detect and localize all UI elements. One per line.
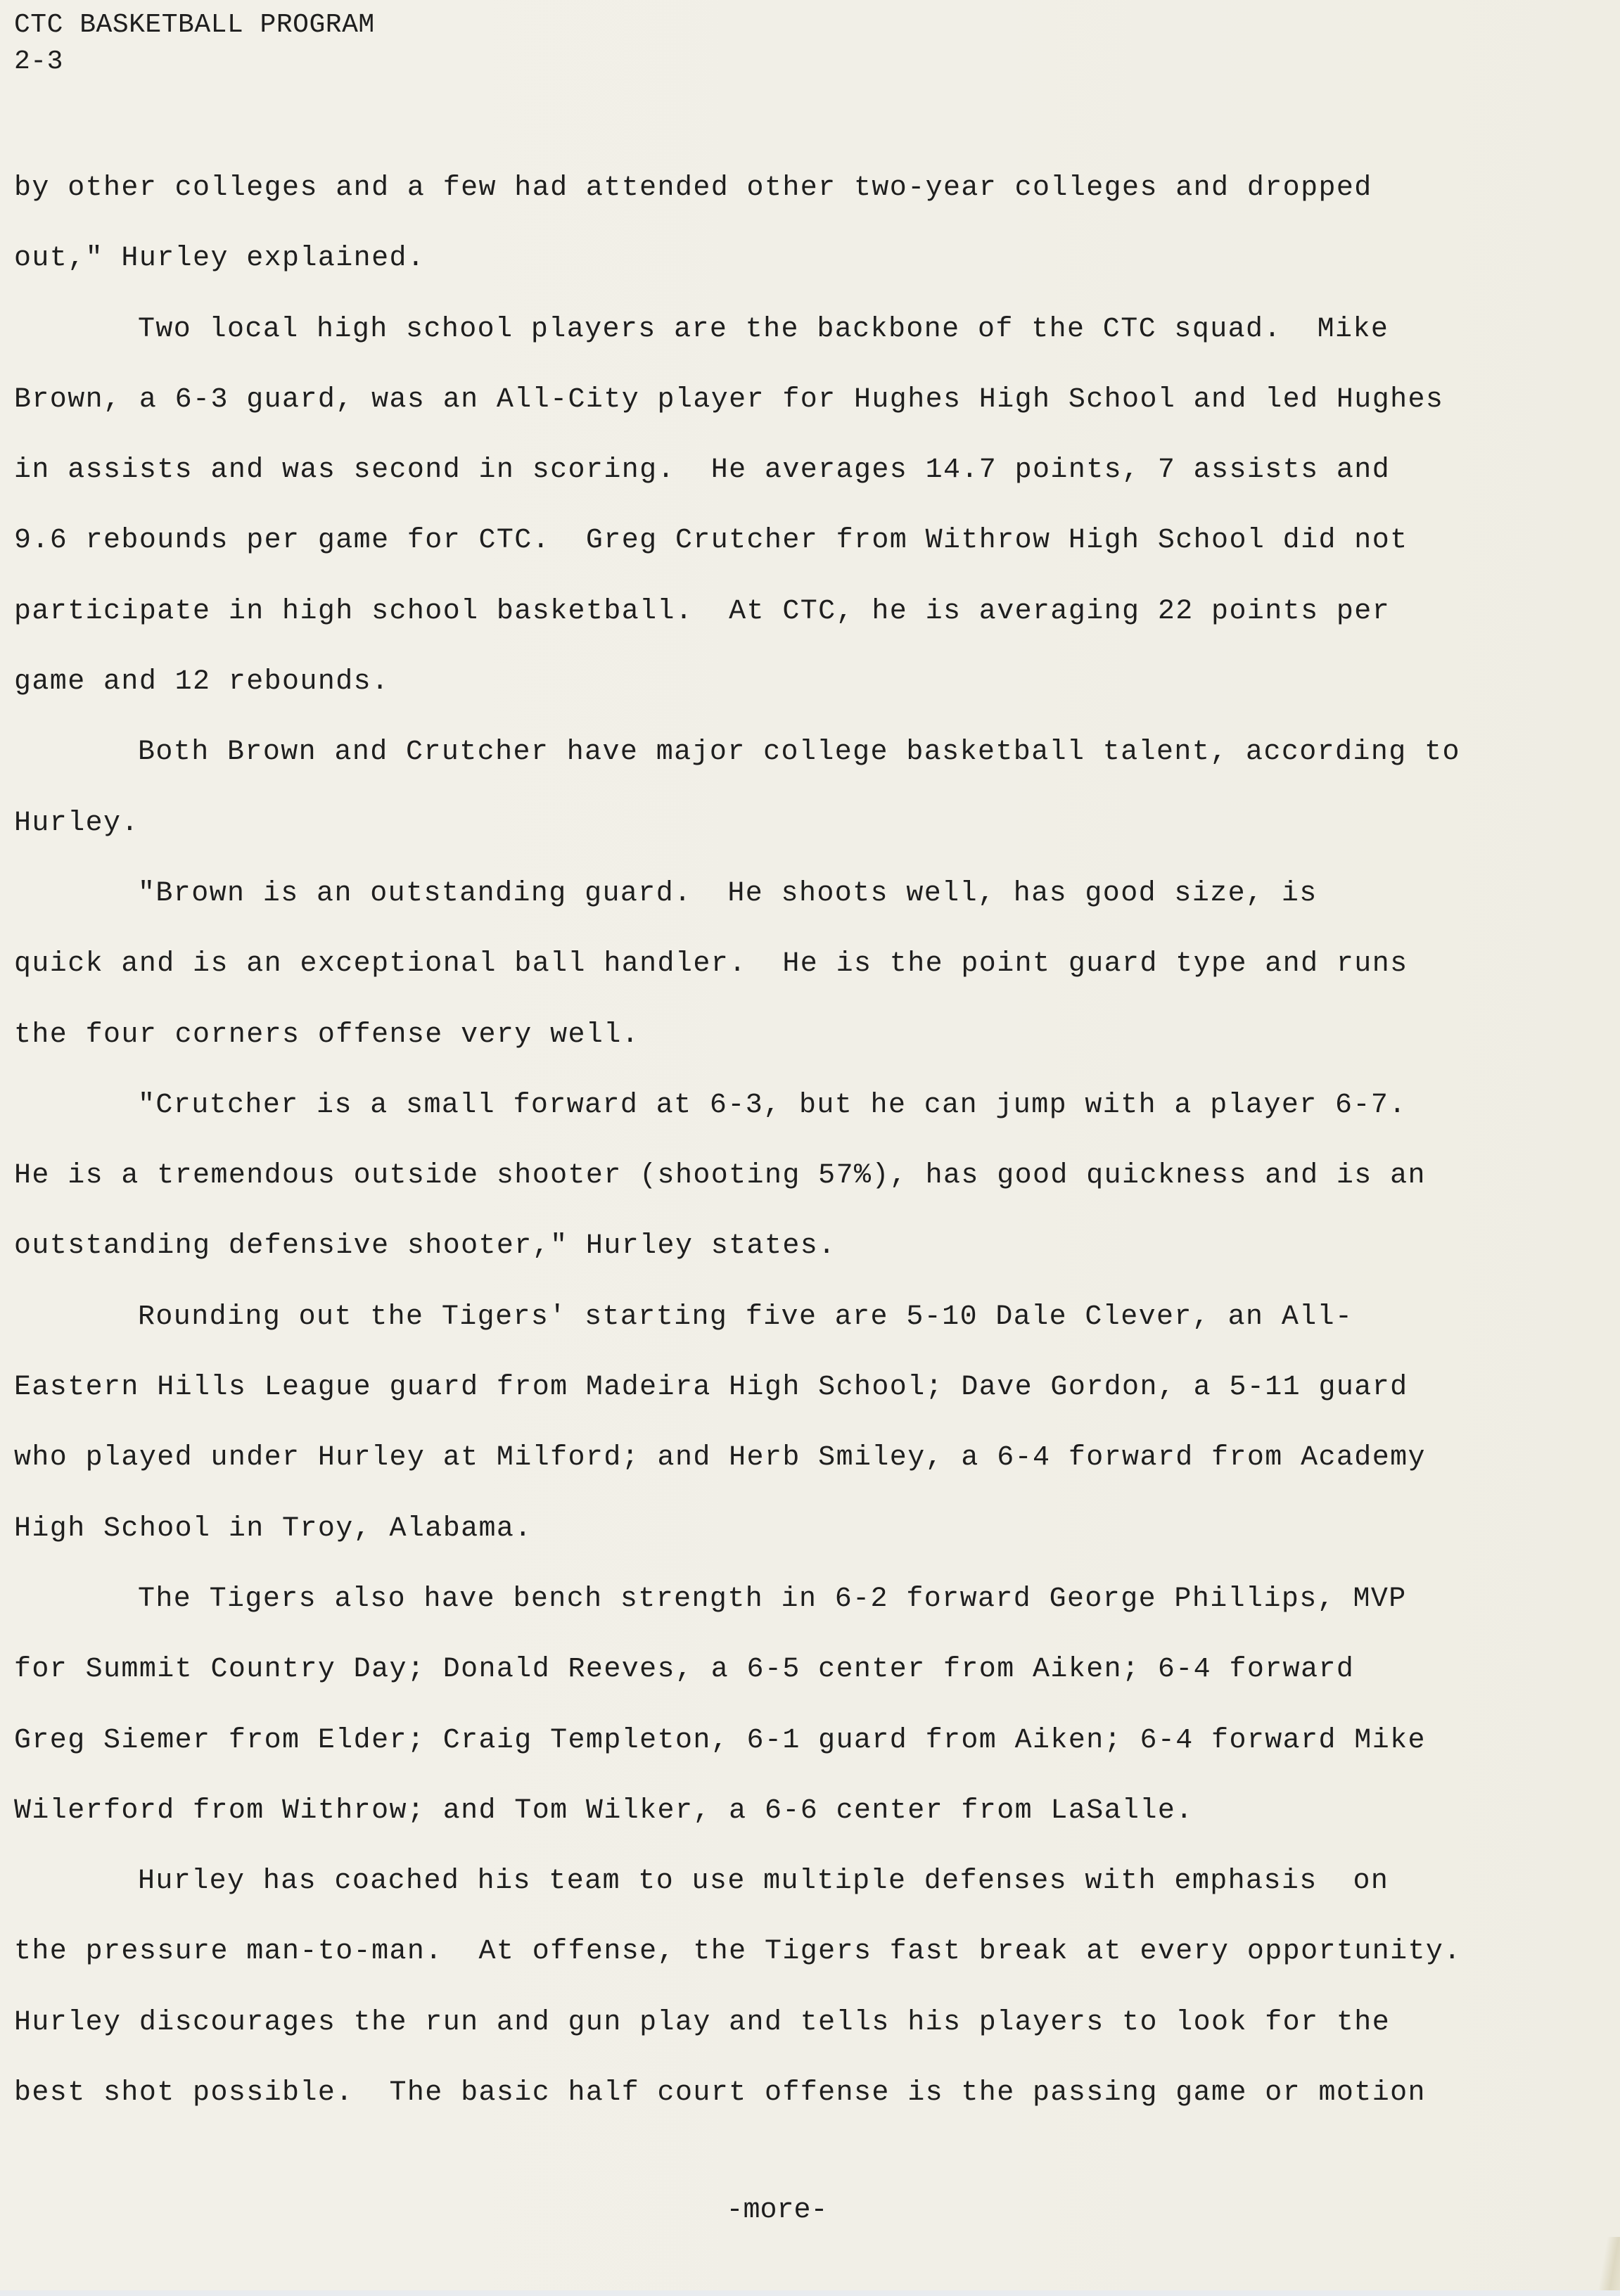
text-line: He is a tremendous outside shooter (shoo… — [14, 1155, 1491, 1225]
text-line: out," Hurley explained. — [14, 238, 1491, 308]
text-line: Both Brown and Crutcher have major colle… — [14, 732, 1491, 802]
text-line: participate in high school basketball. A… — [14, 591, 1491, 661]
text-line: Brown, a 6-3 guard, was an All-City play… — [14, 379, 1491, 449]
header-page-number: 2-3 — [14, 44, 375, 80]
text-line: the pressure man-to-man. At offense, the… — [14, 1931, 1491, 2001]
text-line: outstanding defensive shooter," Hurley s… — [14, 1225, 1491, 1296]
text-line: by other colleges and a few had attended… — [14, 167, 1491, 238]
text-line: "Brown is an outstanding guard. He shoot… — [14, 873, 1491, 943]
text-line: Two local high school players are the ba… — [14, 309, 1491, 379]
text-line: Eastern Hills League guard from Madeira … — [14, 1367, 1491, 1437]
document-body: by other colleges and a few had attended… — [14, 167, 1491, 2143]
text-line: Greg Siemer from Elder; Craig Templeton,… — [14, 1720, 1491, 1790]
document-header: CTC BASKETBALL PROGRAM 2-3 — [14, 7, 375, 80]
document-page: CTC BASKETBALL PROGRAM 2-3 by other coll… — [0, 0, 1620, 2296]
text-line: "Crutcher is a small forward at 6-3, but… — [14, 1085, 1491, 1155]
text-line: best shot possible. The basic half court… — [14, 2072, 1491, 2143]
text-line: Hurley has coached his team to use multi… — [14, 1861, 1491, 1931]
continuation-text: -more- — [726, 2190, 827, 2232]
text-line: High School in Troy, Alabama. — [14, 1508, 1491, 1579]
text-line: Hurley. — [14, 803, 1491, 873]
text-line: who played under Hurley at Milford; and … — [14, 1437, 1491, 1507]
scan-edge — [0, 2290, 1620, 2296]
text-line: Rounding out the Tigers' starting five a… — [14, 1296, 1491, 1367]
text-line: for Summit Country Day; Donald Reeves, a… — [14, 1649, 1491, 1719]
continuation-marker: -more- — [0, 2190, 1620, 2232]
text-line: 9.6 rebounds per game for CTC. Greg Crut… — [14, 520, 1491, 590]
header-title: CTC BASKETBALL PROGRAM — [14, 7, 375, 44]
text-line: game and 12 rebounds. — [14, 661, 1491, 732]
text-line: quick and is an exceptional ball handler… — [14, 943, 1491, 1014]
text-line: Wilerford from Withrow; and Tom Wilker, … — [14, 1790, 1491, 1861]
paper-curl — [1592, 2237, 1620, 2296]
text-line: in assists and was second in scoring. He… — [14, 449, 1491, 520]
text-line: Hurley discourages the run and gun play … — [14, 2002, 1491, 2072]
text-line: the four corners offense very well. — [14, 1014, 1491, 1085]
text-line: The Tigers also have bench strength in 6… — [14, 1579, 1491, 1649]
